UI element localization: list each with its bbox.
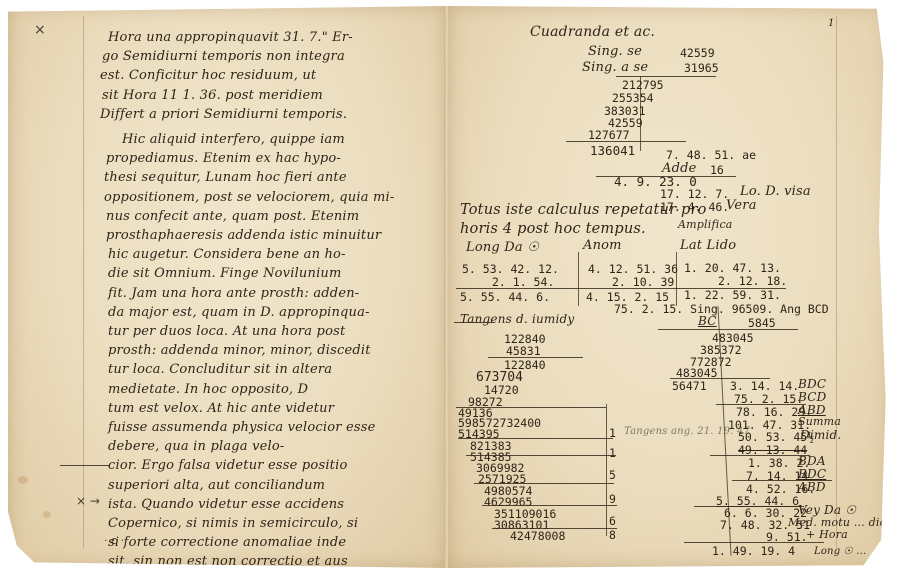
table-cell: 2. 1. 54.: [492, 275, 554, 289]
text-line: go Semidiurni temporis non integra: [102, 47, 392, 66]
text-line: Hic aliquid interfero, quippe iam: [122, 130, 412, 149]
angle-label: BDA: [798, 454, 826, 468]
sum-rule: [616, 76, 716, 77]
sum-rule: [482, 505, 617, 506]
angle-label: Long ☉ ...: [814, 546, 866, 557]
manuscript-spread: × × → · c · Hora una appropinquavit 31. …: [8, 6, 892, 568]
sum-rule: [658, 329, 798, 330]
table-divider: [676, 252, 677, 306]
calc-row: 45831: [506, 344, 541, 358]
text-line: cior. Ergo falsa videtur esse positio: [108, 456, 398, 475]
left-margin-rule: [83, 16, 84, 548]
partial-product: 212795: [622, 78, 664, 92]
text-line: die sit Omnium. Finge Novilunium: [108, 264, 398, 283]
partial-product: 255354: [612, 91, 654, 105]
text-line: Copernico, si nimis in semicirculo, si: [108, 514, 398, 533]
text-line: prosth: addenda minor, minor, discedit: [108, 341, 398, 360]
sum-rule: [684, 542, 824, 543]
angle-label: BCD: [798, 390, 826, 404]
right-margin-rule: [836, 16, 837, 548]
tangens-rule: [454, 322, 494, 323]
text-line: fuisse assumenda physica velocior esse: [108, 418, 398, 437]
text-line: Hora una appropinquavit 31. 7." Er-: [108, 28, 398, 47]
right-calc-header: 75. 2. 15. Sing. 96509. Ang BCD: [614, 302, 829, 316]
factor-label: Sing. a se: [582, 60, 648, 75]
table-divider: [578, 252, 579, 306]
sum-rule: [566, 141, 686, 142]
side-digit: 1: [609, 426, 616, 440]
text-line: ista. Quando videtur esse accidens: [108, 495, 398, 514]
compare-label: Lo. D. visa: [740, 184, 811, 199]
text-line: est. Conficitur hoc residuum, ut: [100, 66, 390, 85]
factor-value: 42559: [680, 46, 715, 60]
angle-label: BDC: [798, 377, 826, 391]
factor-value: 31965: [684, 61, 719, 75]
text-line: da major est, quam in D. appropinqua-: [108, 303, 398, 322]
text-line: superiori alta, aut conciliandum: [108, 476, 398, 495]
table-cell: 1. 22. 59. 31.: [684, 288, 781, 302]
text-line: tum est velox. At hic ante videtur: [108, 399, 398, 418]
side-digit: 8: [609, 528, 616, 542]
calc-heading: Cuadranda et ac.: [530, 24, 655, 40]
text-line: nus confecit ante, quam post. Etenim: [106, 207, 396, 226]
angle-label: ABD: [798, 480, 826, 494]
product-value: 136041: [590, 143, 635, 158]
right-page: 1 Cuadranda et ac. Sing. se Sing. a se 4…: [448, 6, 890, 568]
table-header: Long Da ☉: [466, 240, 539, 255]
table-cell: 4. 12. 51. 36: [588, 262, 678, 276]
text-line: si forte correctione anomaliae inde: [108, 533, 398, 552]
angle-label: + Hora: [806, 528, 848, 541]
margin-cross-mark: ×: [34, 22, 46, 38]
text-line: sit Hora 11 1. 36. post meridiem: [102, 86, 392, 105]
table-header: Anom: [583, 238, 622, 253]
table-cell: 2. 12. 18.: [718, 274, 787, 288]
factor-label: Sing. se: [588, 44, 642, 59]
angle-label: BDC: [798, 467, 826, 481]
margin-stroke: [60, 465, 110, 466]
text-line: Differt a priori Semidiurni temporis.: [100, 105, 390, 124]
sum-rule: [466, 455, 616, 456]
side-digit: 1: [609, 446, 616, 460]
table-cell: 1. 20. 47. 13.: [684, 261, 781, 275]
table-header: Lat Lido: [680, 238, 736, 253]
text-line: fit. Jam una hora ante prosth: adden-: [108, 284, 398, 303]
text-line: tur loca. Concluditur sit in altera: [108, 360, 398, 379]
text-line: tur per duos loca. At una hora post: [108, 322, 398, 341]
page-mark: 1: [828, 18, 835, 29]
table-cell: 5. 55. 44. 6.: [460, 290, 550, 304]
angle-value: 1. 49. 19. 4: [712, 544, 795, 558]
text-line: propediamus. Etenim ex hac hypo-: [106, 149, 396, 168]
table-cell: 5. 53. 42. 12.: [462, 262, 559, 276]
text-line: oppositionem, post se velociorem, quia m…: [104, 188, 394, 207]
table-cell: 2. 10. 39: [612, 275, 674, 289]
text-line: sit. sin non est non correctio et aus: [108, 552, 398, 571]
text-line: debere, qua in plaga velo-: [108, 437, 398, 456]
text-line: medietate. In hoc opposito, D: [108, 380, 398, 399]
calc-row: 42478008: [510, 529, 565, 543]
left-page-text: Hora una appropinquavit 31. 7." Er- go S…: [108, 28, 398, 572]
angle-label: Dimid.: [800, 428, 841, 442]
bc-label: BC: [698, 314, 717, 328]
text-line: prosthaphaeresis addenda istic minuitur: [106, 226, 396, 245]
angle-value: 3. 14. 14.: [730, 379, 799, 393]
amplitude-note: Amplifica: [678, 218, 733, 231]
result-value: 7. 48. 51. ae: [666, 148, 756, 162]
adde-value: 16: [710, 163, 724, 177]
repeat-note-line: horis 4 post hoc tempus.: [460, 221, 646, 237]
text-line: thesi sequitur, Lunam hoc fieri ante: [104, 168, 394, 187]
angle-label: Summa: [798, 415, 841, 428]
paper-stain: [43, 511, 51, 518]
side-digit: 9: [609, 492, 616, 506]
compare-label: Vera: [726, 198, 757, 213]
side-digit: 6: [609, 514, 616, 528]
product-value: 56471: [672, 379, 707, 393]
angle-label: Vey Da ☉: [798, 503, 856, 517]
column-divider: [606, 404, 607, 536]
partial-product: 127677: [588, 128, 630, 142]
text-line: hic augetur. Considera bene an ho-: [108, 245, 398, 264]
side-digit: 5: [609, 468, 616, 482]
compare-value: 17. 12. 7.: [660, 187, 729, 201]
margin-arrow-mark: × →: [76, 494, 100, 508]
paper-stain: [18, 476, 28, 484]
left-page: × × → · c · Hora una appropinquavit 31. …: [8, 6, 446, 568]
bc-value: 5845: [748, 316, 776, 330]
tangens-label: Tangens d. iumidy: [460, 312, 574, 326]
sum-rule: [456, 407, 606, 408]
repeat-note-line: Totus iste calculus repetatur pro: [460, 202, 707, 218]
